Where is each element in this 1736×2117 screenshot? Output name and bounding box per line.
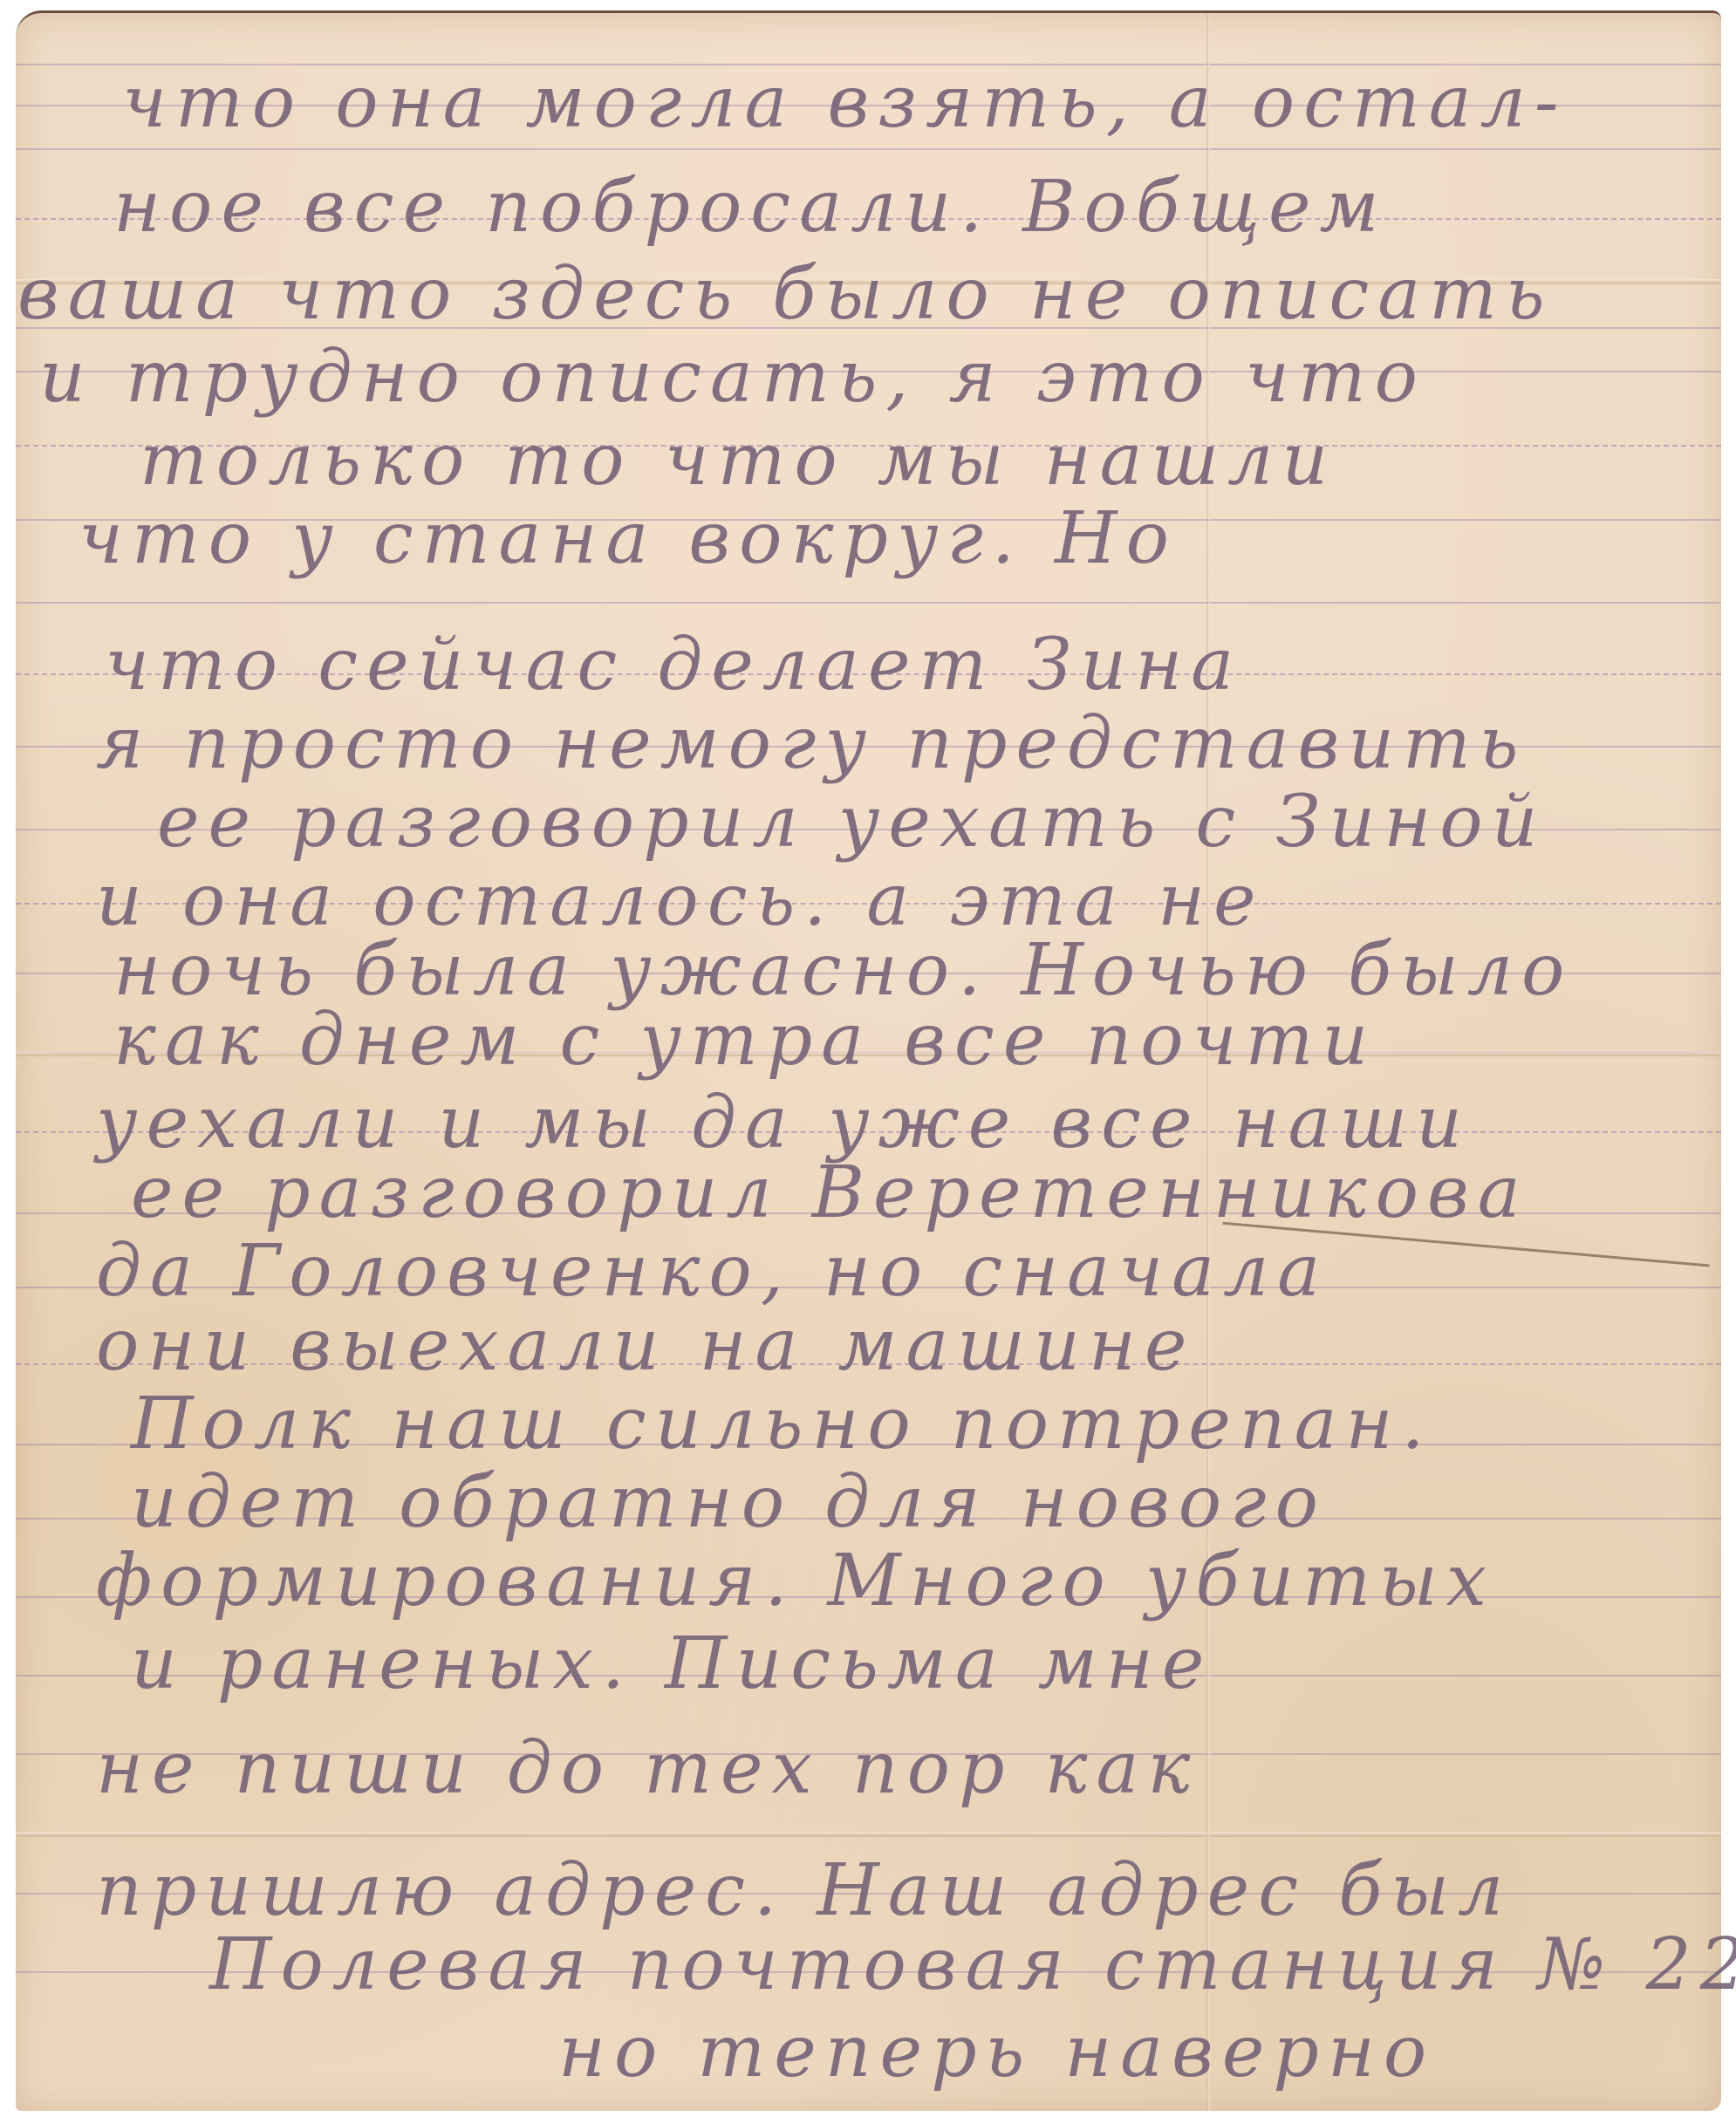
text-line: ваша что здесь было не описать [17,253,1554,336]
text-line: я просто немогу представить [96,702,1527,785]
text-line: формирования. Много убитых [96,1540,1495,1622]
text-line: но теперь наверно [558,2011,1435,2093]
text-line: Полк наш сильно потрепан. [131,1383,1433,1465]
text-line: как днем с утра все почти [113,999,1377,1082]
text-line: что у стана вокруг. Но [79,497,1178,580]
text-line: ее разговорил Веретенникова [131,1151,1529,1234]
text-line: только то что мы нашли [140,419,1336,502]
text-line: не пиши до тех пор как [96,1727,1199,1810]
text-line: что сейчас делает Зина [105,624,1242,707]
ruled-line [16,148,1721,150]
text-line: они выехали на машине [96,1304,1195,1387]
text-line: что она могла взять, а остал- [122,61,1568,144]
text-line: да Головченко, но сначала [96,1230,1329,1313]
text-line: ное все побросали. Вобщем [113,166,1388,249]
text-line: Полевая почтовая станция № 22 [209,1923,1736,2006]
text-line: пришлю адрес. Наш адрес был [96,1849,1512,1932]
text-line: и трудно описать, я это что [39,336,1426,419]
fold-crease [16,1832,1721,1837]
text-line: и раненых. Письма мне [131,1622,1213,1705]
text-line: ее разговорил уехать с Зиной [157,781,1546,864]
ruled-line [16,602,1721,604]
text-line: идет обратно для нового [131,1461,1327,1544]
